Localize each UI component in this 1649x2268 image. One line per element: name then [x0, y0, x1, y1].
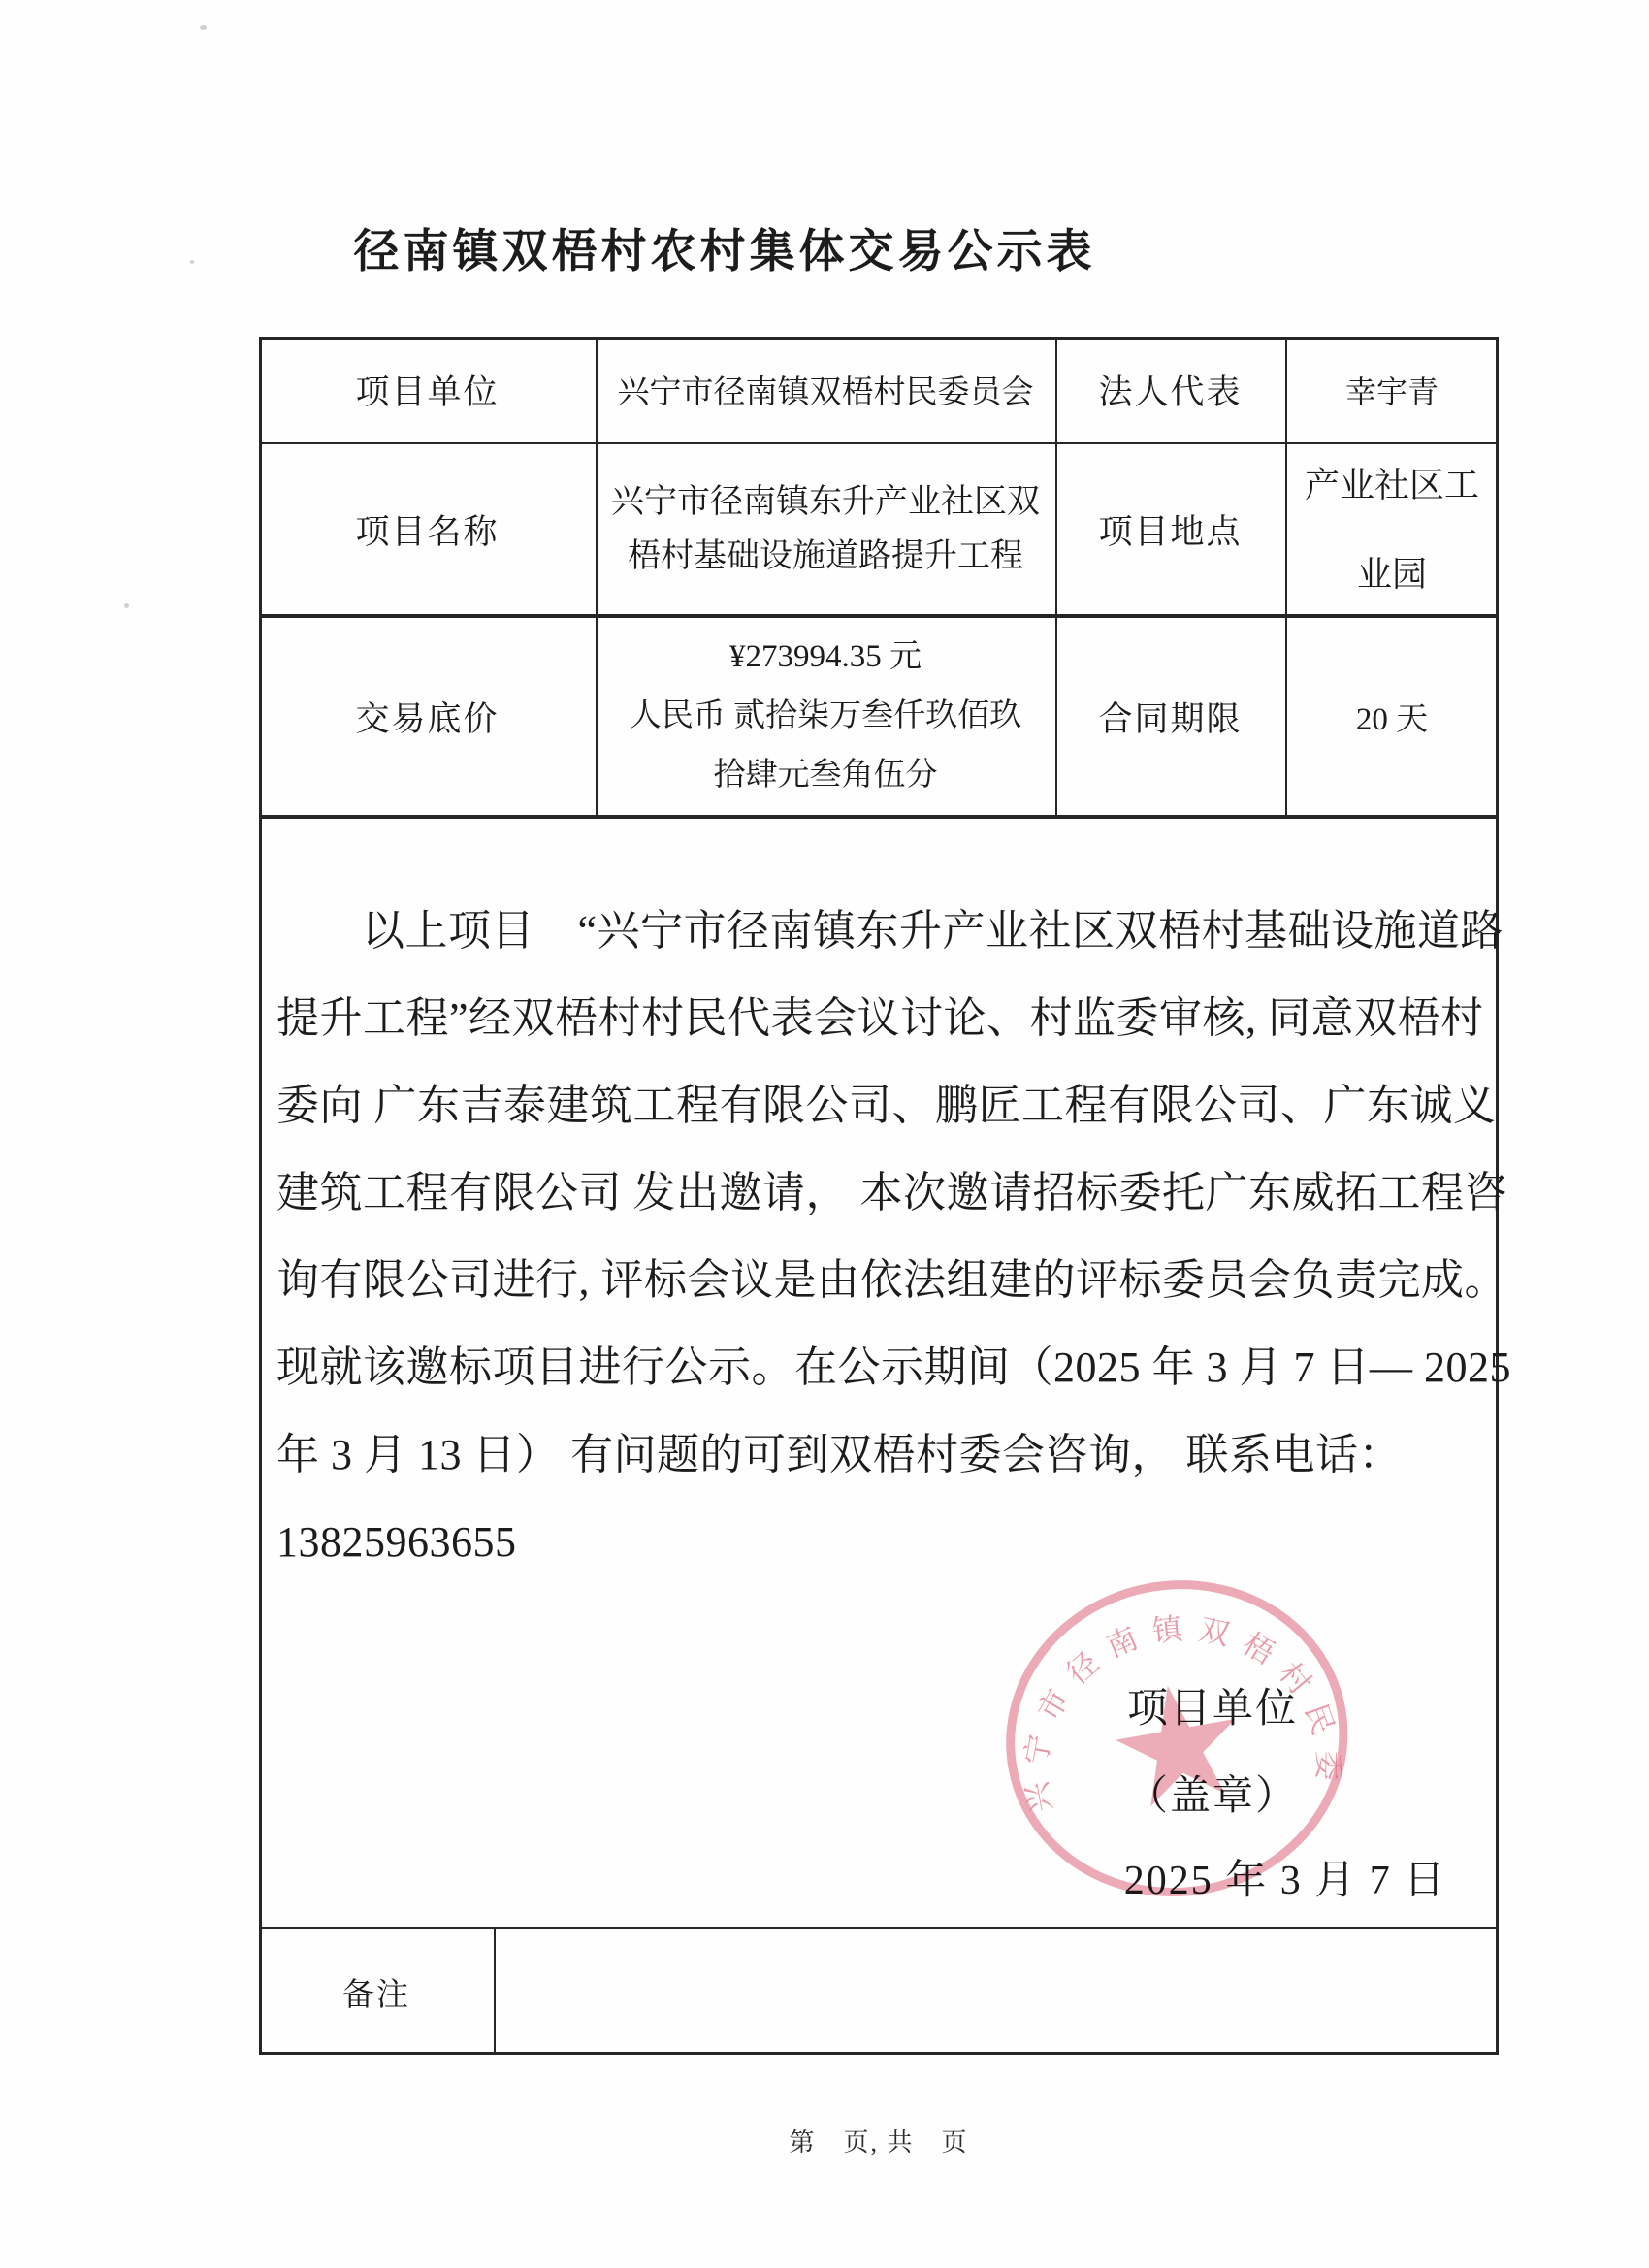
cell-legal-rep-value: 幸宇青 — [1285, 337, 1499, 442]
page-footer: 第 页, 共 页 — [259, 2122, 1499, 2158]
page-title: 径南镇双梧村农村集体交易公示表 — [0, 215, 1449, 280]
cell-project-name-value: 兴宁市径南镇东升产业社区双 梧村基础设施道路提升工程 — [596, 443, 1055, 615]
cell-contract-term-value: 20 天 — [1285, 618, 1499, 815]
cell-remarks-label: 备注 — [259, 1928, 494, 2055]
signature-seal-label: （盖章） — [1018, 1764, 1406, 1822]
cell-project-name-label: 项目名称 — [259, 443, 596, 615]
scan-speck — [200, 25, 207, 30]
cell-project-location-value: 产业社区工 业园 — [1285, 443, 1499, 615]
table-hline — [259, 815, 1499, 819]
paragraph-line-4: 建筑工程有限公司 发出邀请， 本次邀请招标委托广东威拓工程咨 — [276, 1150, 1491, 1237]
cell-project-unit-value: 兴宁市径南镇双梧村民委员会 — [596, 337, 1055, 442]
cell-base-price-value: ¥273994.35 元 人民币 贰拾柒万叁仟玖佰玖 拾肆元叁角伍分 — [596, 618, 1055, 815]
scanned-notice-page: 径南镇双梧村农村集体交易公示表 项目单位 兴宁市径南镇双梧村民委员会 法人代表 … — [0, 0, 1649, 2268]
price-words-line2: 拾肆元叁角伍分 — [714, 746, 938, 805]
project-name-line2: 梧村基础设施道路提升工程 — [628, 530, 1023, 584]
paragraph-line-2: 提升工程”经双梧村村民代表会议讨论、村监委审核, 同意双梧村 — [276, 975, 1491, 1062]
cell-project-location-label: 项目地点 — [1055, 443, 1285, 615]
scan-speck — [124, 603, 129, 608]
contact-phone-number: 13825963655 — [276, 1499, 1491, 1586]
paragraph-line-3: 委向 广东吉泰建筑工程有限公司、鹏匠工程有限公司、广东诚义 — [276, 1062, 1491, 1150]
cell-contract-term-label: 合同期限 — [1055, 618, 1285, 815]
cell-remarks-value — [494, 1928, 1499, 2055]
paragraph-line-6: 现就该邀标项目进行公示。在公示期间（2025 年 3 月 7 日— 2025 — [276, 1324, 1491, 1411]
project-location-line1: 产业社区工 — [1305, 440, 1479, 530]
project-name-line1: 兴宁市径南镇东升产业社区双 — [611, 475, 1040, 530]
paragraph-line-5: 询有限公司进行, 评标会议是由依法组建的评标委员会负责完成。 — [276, 1237, 1491, 1324]
price-numeric: ¥273994.35 元 — [729, 628, 921, 687]
paragraph-line-1: 以上项目 “兴宁市径南镇东升产业社区双梧村基础设施道路 — [276, 888, 1491, 975]
signature-date: 2025 年 3 月 7 日 — [1052, 1848, 1518, 1906]
cell-base-price-label: 交易底价 — [259, 618, 596, 815]
signature-unit-label: 项目单位 — [1018, 1676, 1406, 1734]
project-location-line2: 业园 — [1357, 530, 1427, 619]
price-words-line1: 人民币 贰拾柒万叁仟玖佰玖 — [630, 687, 1021, 746]
paragraph-line-7: 年 3 月 13 日） 有问题的可到双梧村委会咨询， 联系电话： — [276, 1411, 1491, 1499]
cell-legal-rep-label: 法人代表 — [1055, 337, 1285, 442]
cell-project-unit-label: 项目单位 — [259, 337, 596, 442]
notice-paragraph: 以上项目 “兴宁市径南镇东升产业社区双梧村基础设施道路 提升工程”经双梧村村民代… — [276, 888, 1491, 1586]
